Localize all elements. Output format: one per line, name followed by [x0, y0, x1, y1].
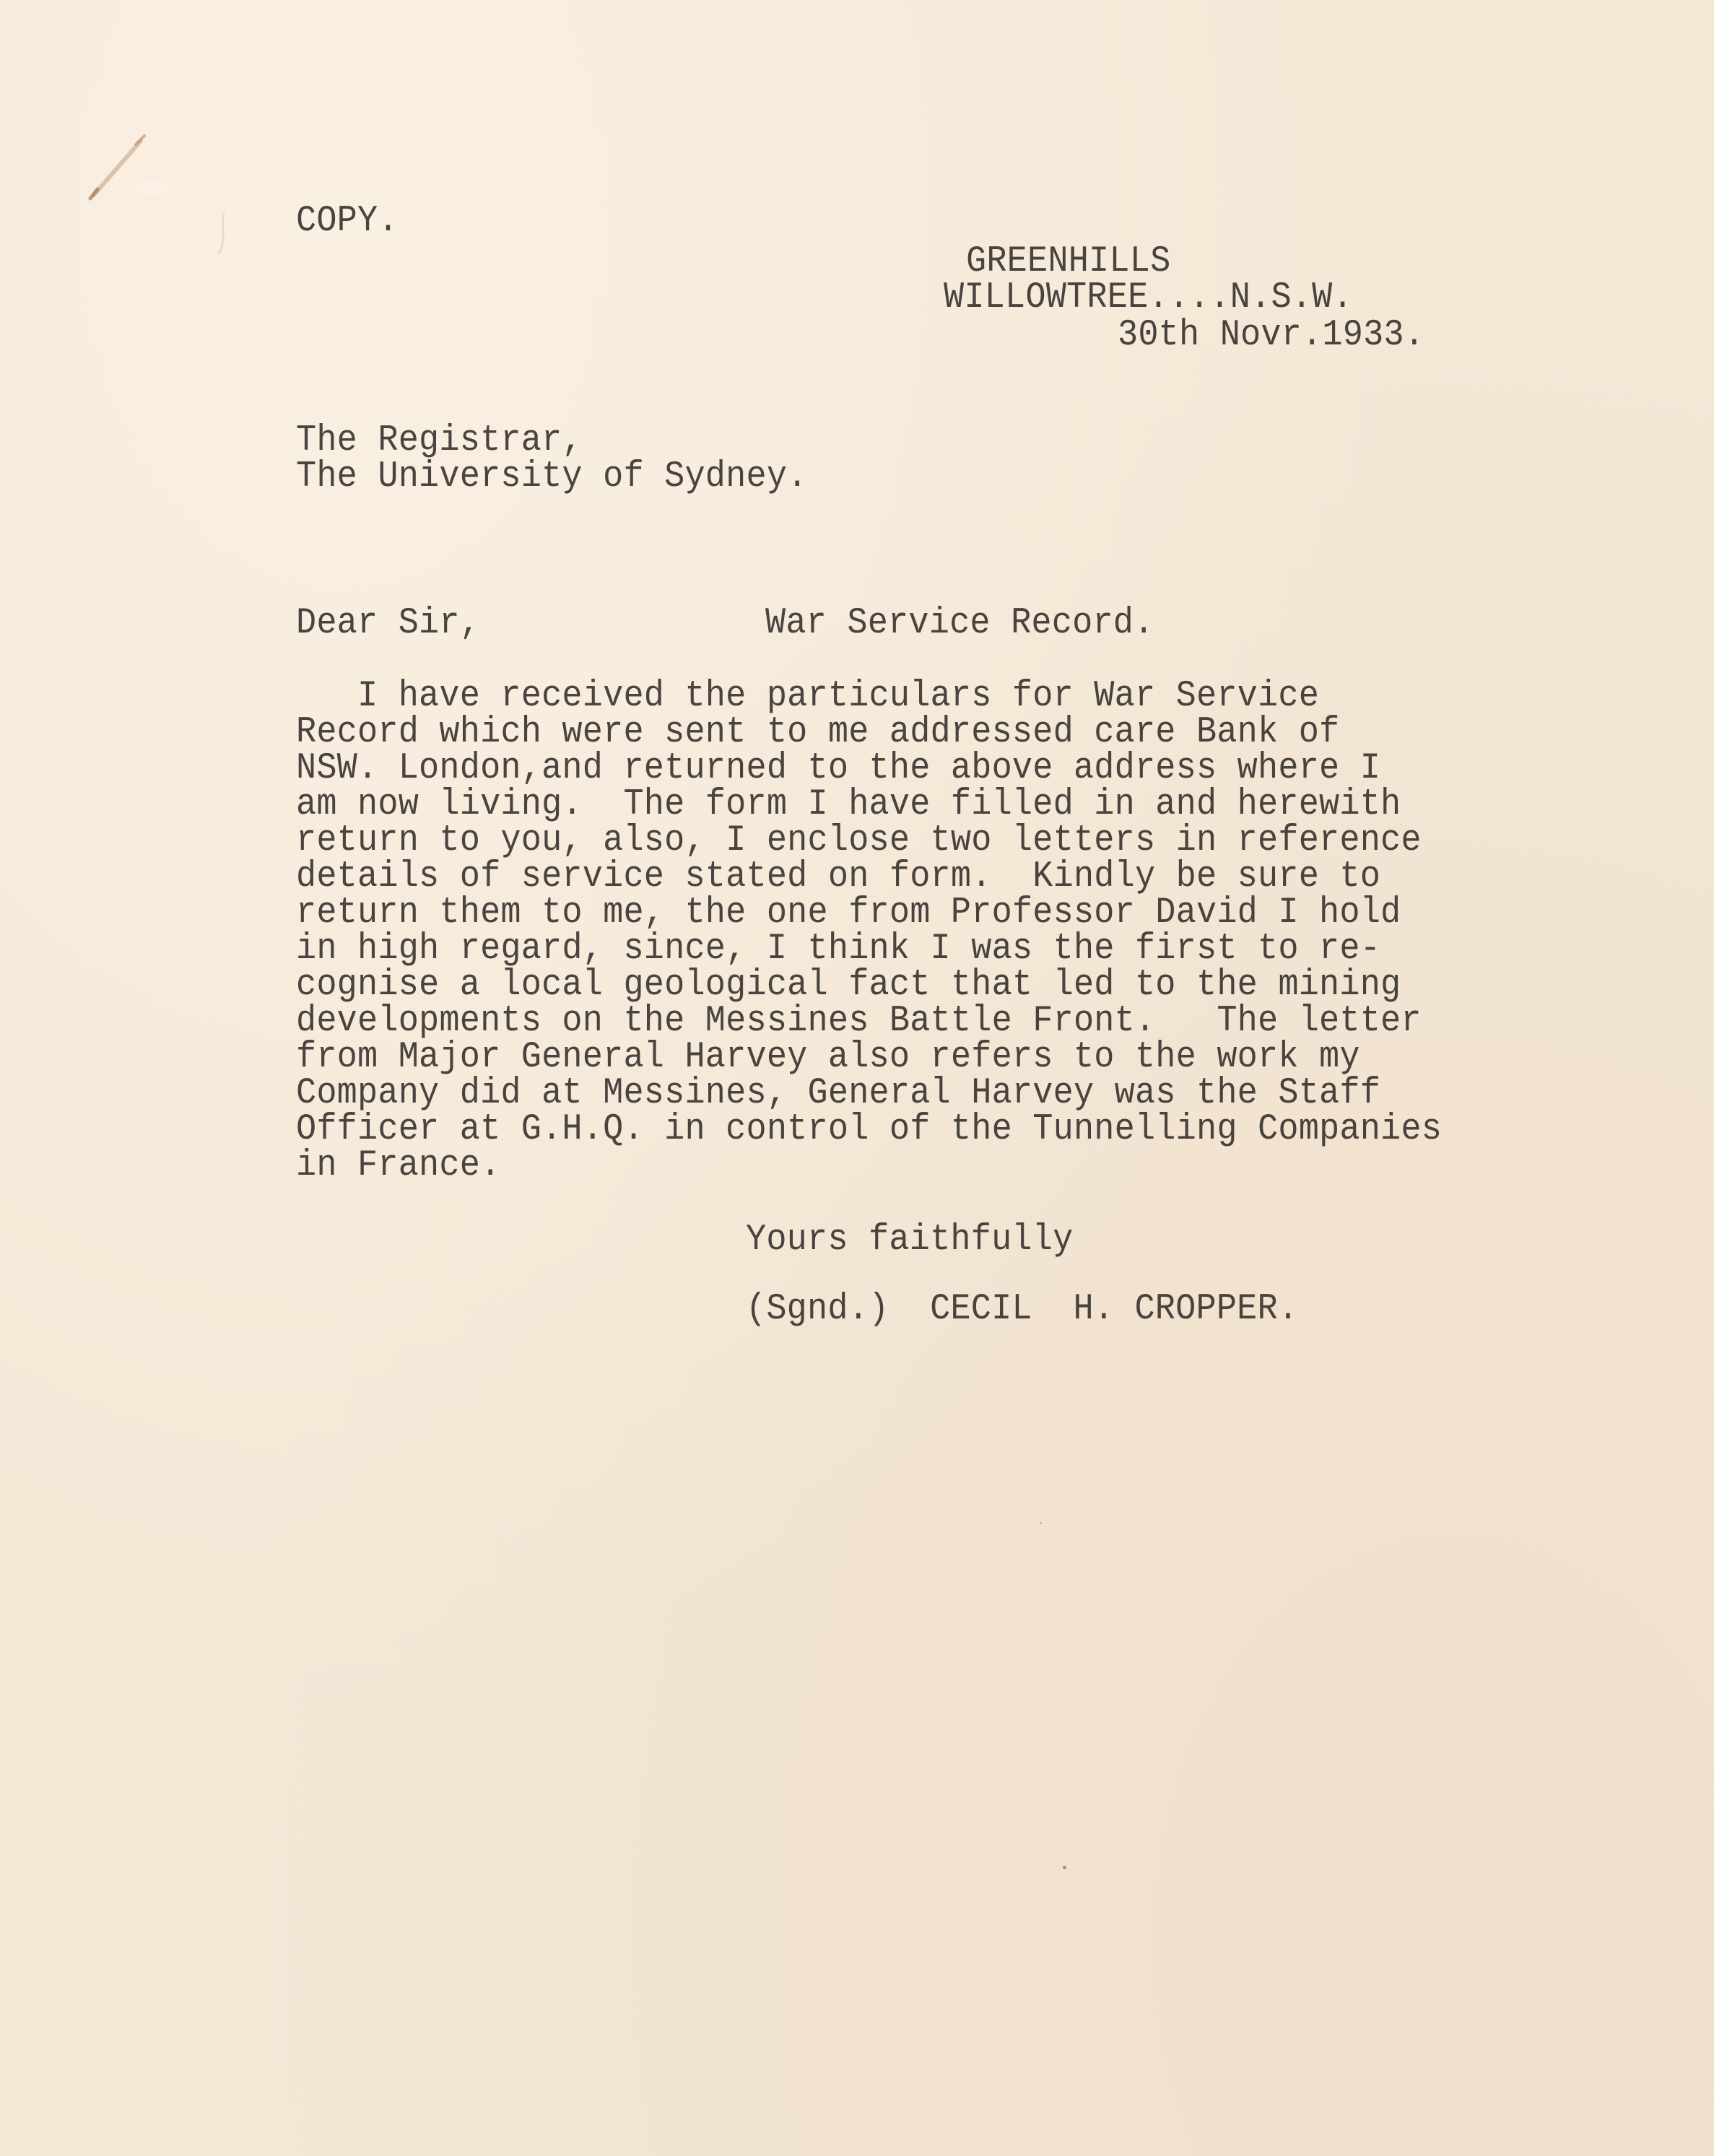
body-line: Officer at G.H.Q. in control of the Tunn… [296, 1112, 1442, 1148]
body-line: cognise a local geological fact that led… [296, 968, 1401, 1004]
paper-crease-mark [72, 108, 173, 231]
paper-speck [1063, 1866, 1066, 1869]
recipient-line1: The Registrar, [296, 423, 583, 459]
closing: Yours faithfully [746, 1222, 1073, 1259]
salutation: Dear Sir, [296, 606, 480, 642]
body-line: I have received the particulars for War … [296, 679, 1319, 715]
body-line: Record which were sent to me addressed c… [296, 715, 1339, 751]
signature: (Sgnd.) CECIL H. CROPPER. [746, 1292, 1298, 1328]
sender-address-line1: GREENHILLS [966, 244, 1170, 280]
body-line: in high regard, since, I think I was the… [296, 931, 1380, 968]
recipient-line2: The University of Sydney. [296, 459, 808, 495]
body-line: am now living. The form I have filled in… [296, 787, 1401, 823]
sender-address-line2: WILLOWTREE....N.S.W. [944, 280, 1353, 316]
paper-sheet: COPY. GREENHILLS WILLOWTREE....N.S.W. 30… [0, 0, 1714, 2156]
copy-marking: COPY. [296, 204, 399, 240]
paper-scuff-mark [213, 209, 235, 260]
subject-line: War Service Record. [765, 606, 1154, 642]
body-line: return them to me, the one from Professo… [296, 895, 1401, 931]
body-line: Company did at Messines, General Harvey … [296, 1076, 1380, 1112]
body-line: in France. [296, 1148, 500, 1184]
body-line: developments on the Messines Battle Fron… [296, 1004, 1422, 1040]
body-line: return to you, also, I enclose two lette… [296, 823, 1422, 859]
body-line: details of service stated on form. Kindl… [296, 859, 1380, 895]
paper-speck [1040, 1522, 1042, 1524]
letter-date: 30th Novr.1933. [1118, 318, 1424, 354]
body-line: from Major General Harvey also refers to… [296, 1040, 1360, 1076]
body-line: NSW. London,and returned to the above ad… [296, 751, 1380, 787]
